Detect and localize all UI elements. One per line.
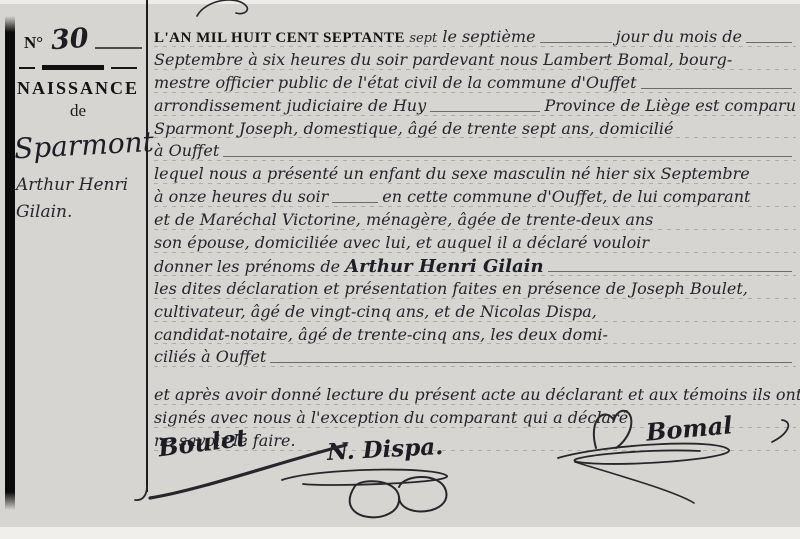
body-text-segment: Arthur Henri Gilain: [345, 256, 543, 277]
body-text-segment: lequel nous a présenté un enfant du sexe…: [154, 164, 750, 183]
body-line: Septembre à six heures du soir pardevant…: [154, 50, 796, 73]
body-text-segment: donner les prénoms de: [154, 257, 345, 276]
body-line: à Ouffet: [154, 141, 796, 164]
body-text-segment: son épouse, domiciliée avec lui, et auqu…: [154, 233, 649, 252]
body-text-segment: Province de Liège est comparu: [544, 96, 796, 115]
body-line: lequel nous a présenté un enfant du sexe…: [154, 164, 796, 187]
dispa-flourish-loop2: [350, 481, 399, 517]
record-type-heading: NAISSANCE: [14, 78, 142, 99]
body-line: ciliés à Ouffet: [154, 347, 796, 370]
body-text-segment: arrondissement judiciaire de Huy: [154, 96, 426, 115]
body-line: et de Maréchal Victorine, ménagère, âgée…: [154, 210, 796, 233]
body-text-segment: en cette commune d'Ouffet, de lui compar…: [382, 187, 750, 206]
blank-fill-line: [746, 42, 792, 43]
blank-fill-line: [223, 156, 792, 157]
body-text-segment: à Ouffet: [154, 141, 219, 160]
body-text-segment: ciliés à Ouffet: [154, 347, 266, 366]
body-line: et après avoir donné lecture du présent …: [154, 385, 796, 408]
body-text-segment: et après avoir donné lecture du présent …: [154, 385, 800, 404]
body-line: candidat-notaire, âgé de trente-cinq ans…: [154, 325, 796, 348]
body-line: son épouse, domiciliée avec lui, et auqu…: [154, 233, 796, 256]
act-number-underline: [95, 47, 142, 49]
dispa-flourish-loop1: [282, 470, 447, 485]
act-number-label: N°: [24, 33, 43, 53]
record-of-label: de: [14, 101, 142, 121]
blank-fill-line: [641, 88, 792, 89]
dispa-flourish-loop3: [399, 477, 446, 511]
bomal-tail-flourish: [575, 462, 694, 503]
body-line: à onze heures du soiren cette commune d'…: [154, 187, 796, 210]
decorative-double-rule: [14, 65, 142, 70]
body-line: cultivateur, âgé de vingt-cinq ans, et d…: [154, 302, 796, 325]
body-line: L'AN MIL HUIT CENT SEPTANTE sept le sept…: [154, 27, 796, 50]
margin-given-names-line2: Gilain.: [16, 199, 142, 226]
blank-fill-line: [540, 42, 612, 43]
body-text-segment: mestre officier public de l'état civil d…: [154, 73, 637, 92]
scanned-birth-record: N° 30 NAISSANCE de Sparmont Arthur Henri…: [0, 0, 800, 539]
body-text-segment: et de Maréchal Victorine, ménagère, âgée…: [154, 210, 653, 229]
body-text-segment: L'AN MIL HUIT CENT SEPTANTE: [154, 30, 409, 47]
body-text-segment: sept: [409, 31, 437, 46]
blank-fill-line: [332, 202, 378, 203]
act-body-text: L'AN MIL HUIT CENT SEPTANTE sept le sept…: [154, 27, 796, 454]
body-text-segment: Sparmont Joseph, domestique, âgé de tren…: [154, 119, 674, 138]
margin-given-names-line1: Arthur Henri: [16, 172, 142, 199]
margin-separator-rule: [146, 0, 148, 492]
scan-top-edge: [0, 0, 800, 4]
act-number-value: 30: [50, 23, 90, 57]
act-number-row: N° 30: [14, 24, 142, 55]
body-line: arrondissement judiciaire de HuyProvince…: [154, 96, 796, 119]
body-text-segment: cultivateur, âgé de vingt-cinq ans, et d…: [154, 302, 597, 321]
blank-fill-line: [430, 111, 540, 112]
margin-column: N° 30 NAISSANCE de Sparmont Arthur Henri…: [14, 24, 142, 226]
margin-given-names: Arthur Henri Gilain.: [14, 172, 142, 226]
margin-surname: Sparmont: [13, 126, 143, 166]
blank-fill-line: [548, 271, 792, 272]
scan-bottom-edge: [0, 527, 800, 539]
body-line: mestre officier public de l'état civil d…: [154, 73, 796, 96]
body-text-segment: le septième: [437, 27, 535, 46]
body-line: les dites déclaration et présentation fa…: [154, 279, 796, 302]
body-text-segment: jour du mois de: [616, 27, 742, 46]
body-text-segment: Septembre à six heures du soir pardevant…: [154, 50, 732, 69]
body-text-segment: candidat-notaire, âgé de trente-cinq ans…: [154, 325, 608, 344]
body-line: donner les prénoms de Arthur Henri Gilai…: [154, 256, 796, 279]
body-text-segment: les dites déclaration et présentation fa…: [154, 279, 748, 298]
blank-fill-line: [270, 362, 792, 363]
body-text-segment: à onze heures du soir: [154, 187, 328, 206]
body-line: Sparmont Joseph, domestique, âgé de tren…: [154, 119, 796, 142]
signature-dispa: N. Dispa.: [326, 433, 443, 466]
